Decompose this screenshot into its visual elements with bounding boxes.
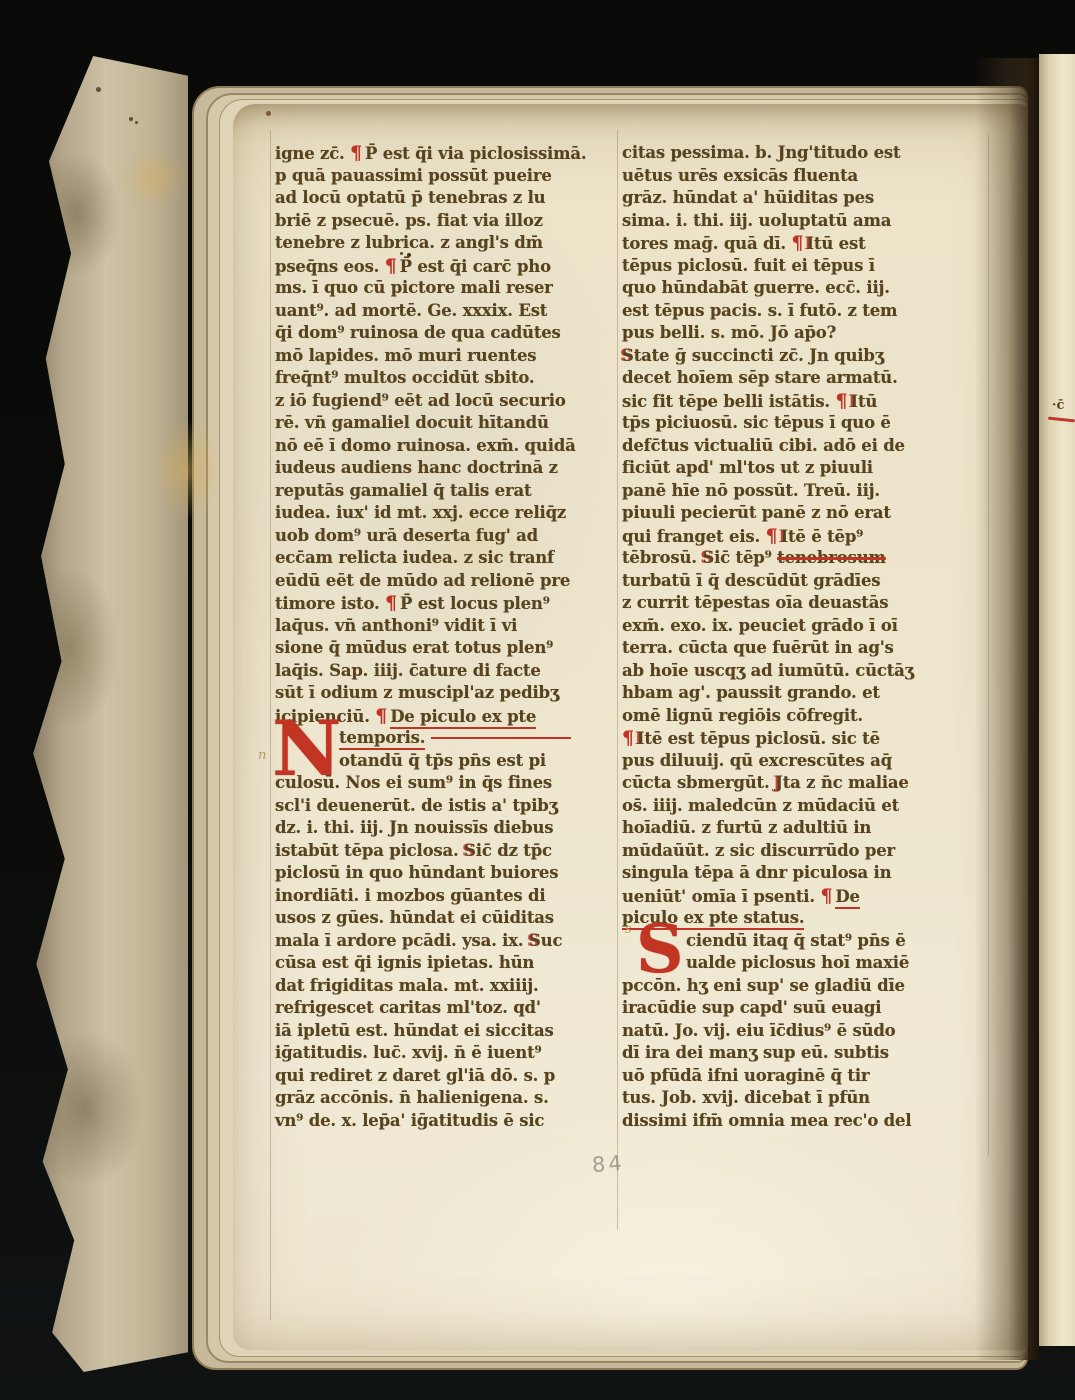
text-segment: quo hūndabāt guerre. ecc̄. iij. (622, 278, 890, 297)
text-segment: cūsa est q̄i ignis ipietas. hūn (275, 953, 534, 972)
text-segment: laq̄is. Sap. iiij. c̄ature di facte (275, 661, 541, 680)
text-line: sima. i. thi. iij. uoluptatū ama (622, 210, 988, 233)
text-line: ecc̄am relicta iudea. z sic tranf (275, 547, 627, 570)
text-segment: sūt ī odium z muscipl'az pedibʒ (275, 683, 559, 702)
text-segment: temporis. (339, 728, 425, 750)
text-line: iudea. iux' id mt. xxj. ecce reliq̄z (275, 502, 627, 525)
text-segment: est tēpus pacis. s. ī futō. z tem (622, 301, 897, 320)
text-segment: rē. vn̄ gamaliel docuit hītandū (275, 413, 549, 432)
text-line: sūt ī odium z muscipl'az pedibʒ (275, 682, 627, 705)
text-segment: p quā pauassimi possūt pueire (275, 166, 552, 185)
text-segment: tenebrosum (777, 548, 886, 567)
text-line: reputās gamaliel q̄ talis erat (275, 480, 627, 503)
text-column-left: igne zc̄. ¶P̄ est q̄i via piclosissimā.p… (275, 142, 627, 1132)
text-line: mō lapides. mō muri ruentes (275, 345, 627, 368)
text-segment: z currit tēpestas oīa deuastās (622, 593, 888, 612)
text-line: piclosū in quo hūndant buiores (275, 862, 627, 885)
text-segment: igne zc̄. (275, 144, 350, 163)
text-line: tus. Job. xvij. dicebat ī pfūn (622, 1087, 988, 1110)
text-line: pus belli. s. mō. Jō ap̄o? (622, 322, 988, 345)
text-line: dī ira dei manʒ sup eū. subtis (622, 1042, 988, 1065)
text-segment: J (775, 773, 783, 792)
text-segment: ficiūt apd' ml'tos ut z piuuli (622, 458, 873, 477)
text-segment: mūdaūūt. z sic discurrūdo per (622, 841, 895, 860)
text-segment: defc̄tus victualiū cibi. adō ei de (622, 436, 905, 455)
text-line: iudeus audiens hanc doctrinā z (275, 457, 627, 480)
text-segment: ciendū itaq q̄ stat⁹ pn̄s ē (686, 931, 906, 950)
pilcrow-mark: ¶ (820, 885, 835, 907)
text-line: briē z psecuē. ps. fiat via illoz (275, 210, 627, 233)
manuscript-scan: igne zc̄. ¶P̄ est q̄i via piclosissimā.p… (0, 0, 1075, 1400)
text-line: nō eē ī domo ruinosa. exm̄. quidā (275, 435, 627, 458)
text-segment: S (464, 841, 476, 860)
text-segment: qui rediret z daret gl'iā dō. s. p (275, 1066, 555, 1085)
text-segment: citas pessima. b. Jng'titudo est (622, 143, 900, 162)
text-line: turbatū ī q̄ descūdūt grādīes (622, 570, 988, 593)
text-segment: dz. i. thi. iij. Jn nouissīs diebus (275, 818, 553, 837)
text-segment: I (780, 527, 788, 546)
text-segment: istabūt tēpa piclosa. (275, 841, 464, 860)
parchment-stain (152, 420, 222, 520)
text-segment: hbam ag'. paussit grando. et (622, 683, 880, 702)
text-segment: singula tēpa ā dnr piculosa in (622, 863, 891, 882)
text-line: ficiūt apd' ml'tos ut z piuuli (622, 457, 988, 480)
text-line: qui rediret z daret gl'iā dō. s. p (275, 1065, 627, 1088)
text-segment: tus. Job. xvij. dicebat ī pfūn (622, 1088, 870, 1107)
text-segment: tū est (814, 234, 866, 253)
text-segment: P̄ est q̄i carc̄ pho (400, 257, 551, 276)
text-segment: refrigescet caritas ml'toz. qd' (275, 998, 541, 1017)
text-line: omē lignū regiōis cōfregit. (622, 705, 988, 728)
text-segment: iḡatitudis. luc̄. xvij. n̄ ē iuent⁹ (275, 1043, 542, 1062)
text-line: terra. cūcta que fuērūt in ag's (622, 637, 988, 660)
text-segment: ad locū optatū p̄ tenebras z lu (275, 188, 545, 207)
speck (96, 87, 101, 92)
text-line: z iō fugiend⁹ eēt ad locū securio (275, 390, 627, 413)
text-segment: natū. Jo. vij. eiu īc̄dius⁹ ē sūdo (622, 1021, 895, 1040)
pencil-folio-number: 84 (591, 1151, 625, 1177)
text-segment: terra. cūcta que fuērūt in ag's (622, 638, 894, 657)
text-line: est tēpus pacis. s. ī futō. z tem (622, 300, 988, 323)
text-line: iḡatitudis. luc̄. xvij. n̄ ē iuent⁹ (275, 1042, 627, 1065)
text-line: quo hūndabāt guerre. ecc̄. iij. (622, 277, 988, 300)
text-line: p quā pauassimi possūt pueire (275, 165, 627, 188)
text-segment: ueniūt' omīa ī psenti. (622, 887, 820, 906)
text-segment: tp̄s piciuosū. sic tēpus ī quo ē (622, 413, 891, 432)
text-segment: De (835, 887, 859, 909)
text-line: uō pfūdā ifni uoraginē q̄ tir (622, 1065, 988, 1088)
text-segment: mō lapides. mō muri ruentes (275, 346, 536, 365)
text-line: scl'i deuenerūt. de istis a' tpibʒ (275, 795, 627, 818)
text-segment: sione q̄ mūdus erat totus plen⁹ (275, 638, 553, 657)
pilcrow-mark: ¶ (792, 232, 807, 254)
text-segment: dat frigiditas mala. mt. xxiiij. (275, 976, 539, 995)
text-line: panē hīe nō possūt. Treū. iij. (622, 480, 988, 503)
text-segment: z iō fugiend⁹ eēt ad locū securio (275, 391, 566, 410)
text-line: eūdū eēt de mūdo ad relionē pre (275, 570, 627, 593)
text-segment: ualde piclosus hoī maxiē (686, 953, 909, 972)
text-segment: tū (858, 392, 877, 411)
text-line: exm̄. exo. ix. peuciet grādo ī oī (622, 615, 988, 638)
text-line: citas pessima. b. Jng'titudo est (622, 142, 988, 165)
pilcrow-mark: ¶ (385, 255, 400, 277)
pilcrow-mark: ¶ (350, 142, 365, 164)
text-segment: qui franget eis. (622, 527, 766, 546)
text-segment: mala ī ardore pcādi. ysa. ix. (275, 931, 529, 950)
initial-letter-S: S (636, 916, 684, 982)
text-segment: uc (541, 931, 563, 950)
speck (135, 121, 138, 124)
text-segment: S (702, 548, 714, 567)
text-line: freq̄nt⁹ multos occidūt sbito. (275, 367, 627, 390)
pilcrow-mark: ¶ (836, 390, 851, 412)
text-segment: nō eē ī domo ruinosa. exm̄. quidā (275, 436, 576, 455)
text-segment: grāz accōnis. n̄ halienigena. s. (275, 1088, 549, 1107)
text-segment: dissimi ifm̄ omnia mea rec'o del (622, 1111, 911, 1130)
text-line: decet hoīem sēp stare armatū. (622, 367, 988, 390)
text-segment: q̄i dom⁹ ruinosa de qua cadūtes (275, 323, 561, 342)
text-line: dz. i. thi. iij. Jn nouissīs diebus (275, 817, 627, 840)
text-segment: iudeus audiens hanc doctrinā z (275, 458, 558, 477)
text-segment: reputās gamaliel q̄ talis erat (275, 481, 531, 500)
text-segment: piuuli pecierūt panē z nō erat (622, 503, 891, 522)
text-segment: freq̄nt⁹ multos occidūt sbito. (275, 368, 534, 387)
text-segment: dī ira dei manʒ sup eū. subtis (622, 1043, 889, 1062)
text-line: tenebre z lubrica. z angl's dm̄ (275, 232, 627, 255)
text-line: pseq̄ns eos. ¶P̄ est q̄i carc̄ pho (275, 255, 627, 278)
text-segment: P̄ est q̄i via piclosissimā. (365, 144, 586, 163)
text-line: istabūt tēpa piclosa. Sic̄ dz tp̄c (275, 840, 627, 863)
text-segment: tē ē tēp⁹ (788, 527, 863, 546)
text-line: hoīadiū. z furtū z adultiū in (622, 817, 988, 840)
book-spine (30, 56, 188, 1372)
text-line: tp̄s piciuosū. sic tēpus ī quo ē (622, 412, 988, 435)
text-line: defc̄tus victualiū cibi. adō ei de (622, 435, 988, 458)
facing-page-text-fragment: ·c̄ (1052, 398, 1064, 413)
text-line: timore isto. ¶P̄ est locus plen⁹ (275, 592, 627, 615)
text-line: singula tēpa ā dnr piculosa in (622, 862, 988, 885)
text-segment: I (806, 234, 814, 253)
text-segment: sic fit tēpe belli istātis. (622, 392, 836, 411)
text-segment: uō pfūdā ifni uoraginē q̄ tir (622, 1066, 869, 1085)
text-segment: ms. ī quo cū pictore mali reser (275, 278, 553, 297)
text-line: tores maḡ. quā dī. ¶Itū est (622, 232, 988, 255)
text-line: vn⁹ de. x. lep̄a' iḡatitudis ē sic (275, 1110, 627, 1133)
text-line: refrigescet caritas ml'toz. qd' (275, 997, 627, 1020)
text-segment: grāz. hūndat a' hūiditas pes (622, 188, 874, 207)
text-segment: timore isto. (275, 594, 385, 613)
text-segment: tēpus piclosū. fuit ei tēpus ī (622, 256, 875, 275)
text-segment: ic̄ dz tp̄c (476, 841, 552, 860)
text-segment: I (850, 392, 858, 411)
text-segment: tores maḡ. quā dī. (622, 234, 792, 253)
text-line: uant⁹. ad mortē. Ge. xxxix. Est (275, 300, 627, 323)
text-line: natū. Jo. vij. eiu īc̄dius⁹ ē sūdo (622, 1020, 988, 1043)
text-segment: uētus urēs exsicās fluenta (622, 166, 858, 185)
text-segment: scl'i deuenerūt. de istis a' tpibʒ (275, 796, 558, 815)
text-segment (431, 737, 571, 739)
text-segment: omē lignū regiōis cōfregit. (622, 706, 863, 725)
text-segment: uant⁹. ad mortē. Ge. xxxix. Est (275, 301, 547, 320)
text-segment: ta z n̄c maliae (783, 773, 909, 792)
facing-page-edge (1039, 54, 1075, 1346)
text-line: pus diluuij. qū excrescūtes aq̄ (622, 750, 988, 773)
text-segment: piclosū in quo hūndant buiores (275, 863, 558, 882)
pilcrow-mark: ¶ (375, 705, 390, 727)
text-line: tēpus piclosū. fuit ei tēpus ī (622, 255, 988, 278)
text-segment: iudea. iux' id mt. xxj. ecce reliq̄z (275, 503, 566, 522)
text-segment: tē est tēpus piclosū. sic tē (644, 729, 879, 748)
text-segment: P̄ est locus plen⁹ (400, 594, 550, 613)
text-line: os̄. iiij. maledcūn z mūdaciū et (622, 795, 988, 818)
text-line: ¶Itē est tēpus piclosū. sic tē (622, 727, 988, 750)
text-line: dissimi ifm̄ omnia mea rec'o del (622, 1110, 988, 1133)
text-line: cūsa est q̄i ignis ipietas. hūn (275, 952, 627, 975)
text-line: uētus urēs exsicās fluenta (622, 165, 988, 188)
ruling-line (270, 130, 271, 1320)
book-gutter-shadow (975, 58, 1039, 1360)
text-line: dat frigiditas mala. mt. xxiiij. (275, 975, 627, 998)
text-segment: tate ḡ succincti zc̄. Jn quibʒ (634, 346, 884, 365)
text-line: igne zc̄. ¶P̄ est q̄i via piclosissimā. (275, 142, 627, 165)
text-segment: turbatū ī q̄ descūdūt grādīes (622, 571, 880, 590)
text-segment: vn⁹ de. x. lep̄a' iḡatitudis ē sic (275, 1111, 544, 1130)
text-segment: ic̄ tēp⁹ (714, 548, 777, 567)
text-line: mala ī ardore pcādi. ysa. ix. Suc (275, 930, 627, 953)
text-line: mūdaūūt. z sic discurrūdo per (622, 840, 988, 863)
text-line: ad locū optatū p̄ tenebras z lu (275, 187, 627, 210)
text-segment: os̄. iiij. maledcūn z mūdaciū et (622, 796, 899, 815)
text-segment: ecc̄am relicta iudea. z sic tranf (275, 548, 554, 567)
text-segment: uob dom⁹ urā deserta fug' ad (275, 526, 538, 545)
text-line: q̄i dom⁹ ruinosa de qua cadūtes (275, 322, 627, 345)
text-segment: pseq̄ns eos. (275, 257, 385, 276)
text-line: laq̄is. Sap. iiij. c̄ature di facte (275, 660, 627, 683)
text-segment: S (622, 346, 634, 365)
text-segment: otandū q̄ tp̄s pn̄s est pi (339, 751, 546, 770)
initial-letter-N: N (272, 712, 341, 786)
text-line: usos z gūes. hūndat ei cūiditas (275, 907, 627, 930)
text-segment: De piculo ex pte (390, 707, 536, 729)
text-segment: iā ipletū est. hūndat ei siccitas (275, 1021, 554, 1040)
text-segment: pus belli. s. mō. Jō ap̄o? (622, 323, 836, 342)
text-segment: iracūdie sup capd' suū euagi (622, 998, 881, 1017)
text-segment: panē hīe nō possūt. Treū. iij. (622, 481, 880, 500)
pilcrow-mark: ¶ (385, 592, 400, 614)
margin-guide-letter: n (258, 748, 266, 763)
text-line: grāz. hūndat a' hūiditas pes (622, 187, 988, 210)
text-line: iracūdie sup capd' suū euagi (622, 997, 988, 1020)
text-segment: cūcta sbmergūt. (622, 773, 775, 792)
text-segment: eūdū eēt de mūdo ad relionē pre (275, 571, 570, 590)
text-segment: decet hoīem sēp stare armatū. (622, 368, 898, 387)
text-line: laq̄us. vn̄ anthoni⁹ vidit ī vi (275, 615, 627, 638)
text-line: ueniūt' omīa ī psenti. ¶De (622, 885, 988, 908)
text-line: sic fit tēpe belli istātis. ¶Itū (622, 390, 988, 413)
text-segment: tenebre z lubrica. z angl's dm̄ (275, 233, 543, 252)
text-segment: laq̄us. vn̄ anthoni⁹ vidit ī vi (275, 616, 517, 635)
text-segment: inordiāti. i mozbos gūantes di (275, 886, 545, 905)
pilcrow-mark: ¶ (766, 525, 781, 547)
text-line: State ḡ succincti zc̄. Jn quibʒ (622, 345, 988, 368)
text-line: piuuli pecierūt panē z nō erat (622, 502, 988, 525)
text-line: z currit tēpestas oīa deuastās (622, 592, 988, 615)
text-segment: S (529, 931, 541, 950)
text-line: ms. ī quo cū pictore mali reser (275, 277, 627, 300)
text-segment: pus diluuij. qū excrescūtes aq̄ (622, 751, 892, 770)
text-line: tēbrosū. Sic̄ tēp⁹ tenebrosum (622, 547, 988, 570)
text-line: cūcta sbmergūt. Jta z n̄c maliae (622, 772, 988, 795)
parchment-stain (120, 148, 188, 208)
text-segment: briē z psecuē. ps. fiat via illoz (275, 211, 543, 230)
text-line: ab hoīe uscqʒ ad iumūtū. cūctāʒ (622, 660, 988, 683)
text-segment: exm̄. exo. ix. peuciet grādo ī oī (622, 616, 898, 635)
speck (129, 117, 133, 121)
text-segment: hoīadiū. z furtū z adultiū in (622, 818, 871, 837)
pilcrow-mark: ¶ (622, 727, 637, 749)
text-segment: usos z gūes. hūndat ei cūiditas (275, 908, 554, 927)
speck (266, 111, 271, 116)
margin-guide-letter: s (625, 922, 632, 937)
text-line: hbam ag'. paussit grando. et (622, 682, 988, 705)
text-segment: tēbrosū. (622, 548, 702, 567)
text-line: rē. vn̄ gamaliel docuit hītandū (275, 412, 627, 435)
text-line: sione q̄ mūdus erat totus plen⁹ (275, 637, 627, 660)
text-segment: sima. i. thi. iij. uoluptatū ama (622, 211, 891, 230)
text-segment: ab hoīe uscqʒ ad iumūtū. cūctāʒ (622, 661, 914, 680)
text-line: uob dom⁹ urā deserta fug' ad (275, 525, 627, 548)
text-line: iā ipletū est. hūndat ei siccitas (275, 1020, 627, 1043)
text-line: inordiāti. i mozbos gūantes di (275, 885, 627, 908)
text-line: qui franget eis. ¶Itē ē tēp⁹ (622, 525, 988, 548)
text-line: grāz accōnis. n̄ halienigena. s. (275, 1087, 627, 1110)
